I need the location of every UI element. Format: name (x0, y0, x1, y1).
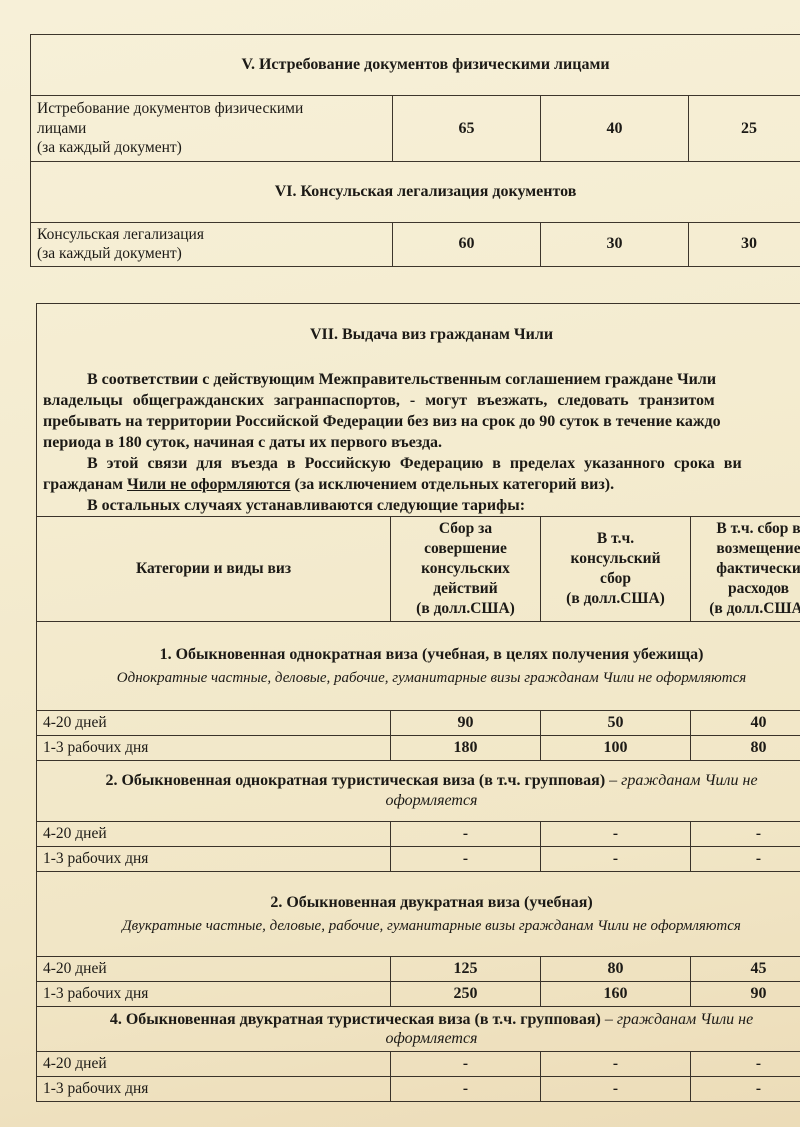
text-line: периода в 180 суток, начиная с даты их п… (43, 432, 800, 453)
text-line: В этой связи для въезда в Российскую Фед… (43, 453, 800, 474)
fee-expenses: 45 (691, 957, 800, 982)
intro-paragraph-1: В соответствии с действующим Межправител… (37, 369, 800, 453)
fee-total: 60 (393, 223, 541, 267)
table-row: 4-20 дней 90 50 40 (37, 711, 800, 736)
header-col-expenses: В т.ч. сбор в возмещение фактически расх… (691, 517, 800, 622)
text-line: пребывать на территории Российской Федер… (43, 411, 800, 432)
fee-consular: - (541, 1077, 691, 1102)
header-line: консульский (547, 549, 684, 569)
group-3-header: 2. Обыкновенная двукратная виза (учебная… (37, 872, 800, 957)
label-line: (за каждый документ) (37, 244, 386, 263)
section-6-header-row: VI. Консульская легализация документов (31, 162, 800, 223)
fee-total: 250 (391, 982, 541, 1007)
fee-expenses: - (691, 1052, 800, 1077)
row-label: 1-3 рабочих дня (37, 847, 391, 872)
header-line: В т.ч. сбор в (697, 519, 800, 539)
fee-total: 125 (391, 957, 541, 982)
fee-consular: 100 (541, 736, 691, 761)
fee-consular: 30 (541, 223, 689, 267)
header-line: действий (397, 579, 534, 599)
section-6-row-label: Консульская легализация (за каждый докум… (31, 223, 393, 267)
group-subtitle: Однократные частные, деловые, рабочие, г… (43, 664, 800, 694)
header-category: Категории и виды виз (37, 517, 391, 622)
group-4-header: 4. Обыкновенная двукратная туристическая… (37, 1007, 800, 1052)
row-label: 4-20 дней (37, 957, 391, 982)
group-2-header-row: 2. Обыкновенная однократная туристическа… (37, 761, 800, 822)
intro-paragraph-3: В остальных случаях устанавливаются след… (37, 495, 800, 516)
text-line: владельцы общегражданских загранпаспорто… (43, 390, 800, 411)
text-span: гражданам (43, 476, 127, 493)
section-5-header-row: V. Истребование документов физическими л… (31, 35, 800, 96)
section-7-intro: VII. Выдача виз гражданам Чили В соответ… (37, 304, 800, 517)
group-title: 4. Обыкновенная двукратная туристическая… (110, 1011, 601, 1028)
table-row: 4-20 дней - - - (37, 1052, 800, 1077)
header-col-consular: В т.ч. консульский сбор (в долл.США) (541, 517, 691, 622)
group-1-header: 1. Обыкновенная однократная виза (учебна… (37, 622, 800, 711)
text-line: В остальных случаях устанавливаются след… (43, 495, 800, 516)
label-line: лицами (37, 119, 386, 138)
fee-expenses: - (691, 1077, 800, 1102)
fee-total: 180 (391, 736, 541, 761)
text-span: (за исключением отдельных категорий виз)… (291, 476, 615, 493)
fee-consular: 80 (541, 957, 691, 982)
label-line: Консульская легализация (37, 225, 386, 244)
row-label: 4-20 дней (37, 1052, 391, 1077)
label-line: Истребование документов физическими (37, 99, 386, 118)
fee-consular: - (541, 847, 691, 872)
header-line: возмещение (697, 539, 800, 559)
row-label: 1-3 рабочих дня (37, 736, 391, 761)
underlined-notice: Чили не оформляются (127, 476, 291, 493)
row-label: 1-3 рабочих дня (37, 1077, 391, 1102)
table-row: 4-20 дней 125 80 45 (37, 957, 800, 982)
table-row: 1-3 рабочих дня - - - (37, 1077, 800, 1102)
section-7-intro-row: VII. Выдача виз гражданам Чили В соответ… (37, 304, 800, 517)
group-2-header: 2. Обыкновенная однократная туристическа… (37, 761, 800, 822)
section-5-row-label: Истребование документов физическими лица… (31, 96, 393, 162)
fee-expenses: 90 (691, 982, 800, 1007)
fee-expenses: 25 (689, 96, 800, 162)
section-5-title: V. Истребование документов физическими л… (31, 35, 800, 96)
fee-expenses: - (691, 822, 800, 847)
table-row: 1-3 рабочих дня 180 100 80 (37, 736, 800, 761)
header-line: (в долл.США) (397, 599, 534, 619)
fee-expenses: 40 (691, 711, 800, 736)
section-7-title: VII. Выдача виз гражданам Чили (37, 326, 800, 344)
row-label: 4-20 дней (37, 711, 391, 736)
fee-consular: 50 (541, 711, 691, 736)
group-4-header-row: 4. Обыкновенная двукратная туристическая… (37, 1007, 800, 1052)
fee-total: - (391, 1052, 541, 1077)
header-line: Сбор за (397, 519, 534, 539)
fees-table-section-7: VII. Выдача виз гражданам Чили В соответ… (36, 303, 800, 1102)
header-line: совершение (397, 539, 534, 559)
fee-consular: - (541, 1052, 691, 1077)
table-row: 4-20 дней - - - (37, 822, 800, 847)
header-line: (в долл.США) (697, 599, 800, 619)
text-line: В соответствии с действующим Межправител… (43, 369, 800, 390)
fee-expenses: 80 (691, 736, 800, 761)
group-title: 2. Обыкновенная двукратная виза (учебная… (43, 886, 800, 912)
fee-total: - (391, 847, 541, 872)
section-6-fee-row: Консульская легализация (за каждый докум… (31, 223, 800, 267)
fee-total: 90 (391, 711, 541, 736)
fee-total: 65 (393, 96, 541, 162)
group-title: 2. Обыкновенная однократная туристическа… (105, 772, 605, 789)
table-header-row: Категории и виды виз Сбор за совершение … (37, 517, 800, 622)
section-6-title: VI. Консульская легализация документов (31, 162, 800, 223)
row-label: 4-20 дней (37, 822, 391, 847)
group-1-header-row: 1. Обыкновенная однократная виза (учебна… (37, 622, 800, 711)
section-5-fee-row: Истребование документов физическими лица… (31, 96, 800, 162)
fee-total: - (391, 822, 541, 847)
text-line: гражданам Чили не оформляются (за исключ… (43, 474, 800, 495)
fee-expenses: - (691, 847, 800, 872)
table-row: 1-3 рабочих дня 250 160 90 (37, 982, 800, 1007)
group-3-header-row: 2. Обыкновенная двукратная виза (учебная… (37, 872, 800, 957)
row-label: 1-3 рабочих дня (37, 982, 391, 1007)
header-col-total: Сбор за совершение консульских действий … (391, 517, 541, 622)
header-line: сбор (547, 569, 684, 589)
header-line: расходов (697, 579, 800, 599)
header-line: фактически (697, 559, 800, 579)
label-line: (за каждый документ) (37, 138, 386, 157)
fees-table-sections-5-6: V. Истребование документов физическими л… (30, 34, 800, 267)
fee-consular: 40 (541, 96, 689, 162)
fee-expenses: 30 (689, 223, 800, 267)
header-line: (в долл.США) (547, 589, 684, 609)
header-line: консульских (397, 559, 534, 579)
fee-total: - (391, 1077, 541, 1102)
fee-consular: - (541, 822, 691, 847)
group-title: 1. Обыкновенная однократная виза (учебна… (43, 638, 800, 664)
table-row: 1-3 рабочих дня - - - (37, 847, 800, 872)
intro-paragraph-2: В этой связи для въезда в Российскую Фед… (37, 453, 800, 495)
fee-consular: 160 (541, 982, 691, 1007)
group-subtitle: Двукратные частные, деловые, рабочие, гу… (43, 912, 800, 942)
header-line: В т.ч. (547, 529, 684, 549)
